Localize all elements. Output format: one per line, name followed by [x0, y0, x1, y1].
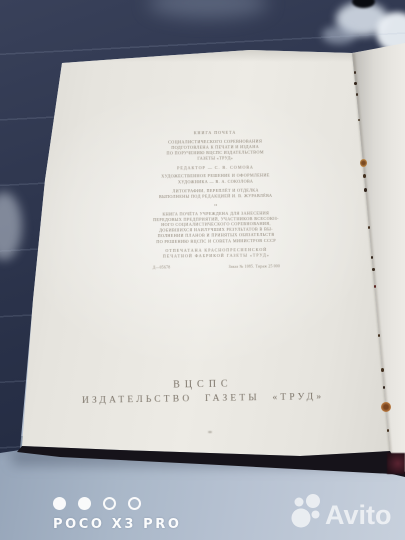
rust-spot	[381, 402, 391, 412]
paper-speck	[208, 431, 212, 433]
cloud-reflection	[0, 192, 22, 260]
camera-watermark: POCO X3 PRO	[53, 497, 181, 532]
rust-spot	[360, 159, 367, 167]
rust-spot	[381, 368, 384, 372]
rust-spot	[354, 82, 357, 85]
dot-outline-icon	[128, 497, 141, 510]
rust-spot	[383, 386, 386, 389]
colophon-design: ХУДОЖЕСТВЕННОЕ РЕШЕНИЕ И ОФОРМЛЕНИЕ ХУДО…	[150, 174, 280, 186]
colophon-printer: ОТПЕЧАТАНА КРАСНОПРЕСНЕНСКОЙ ПЕЧАТНОЙ ФА…	[151, 248, 281, 260]
rust-spot	[371, 256, 374, 259]
colophon-editor: РЕДАКТОР — С. В. СОМОВА	[150, 165, 280, 172]
dark-roof-object	[352, 0, 375, 8]
colophon-separator: II	[151, 203, 281, 209]
rust-spot	[372, 268, 375, 271]
cloud-reflection	[148, 0, 268, 18]
cloud-reflection	[336, 2, 388, 36]
book-listing-photo[interactable]: КНИГА ПОЧЕТА СОЦИАЛИСТИЧЕСКОГО СОРЕВНОВА…	[0, 0, 405, 540]
rust-spot	[356, 93, 358, 96]
colophon-footer-left: Д—05678	[153, 266, 171, 271]
rust-spot	[378, 334, 380, 337]
avito-wordmark: Avito	[325, 500, 392, 530]
rust-spot	[354, 71, 356, 74]
rust-spot	[358, 119, 360, 121]
dot-outline-icon	[103, 497, 116, 510]
dot-filled-icon	[78, 497, 91, 510]
avito-watermark: Avito	[291, 492, 401, 536]
rust-spot	[363, 174, 366, 178]
rust-spot	[364, 188, 367, 192]
rust-spot	[387, 429, 389, 432]
dot-filled-icon	[53, 497, 66, 510]
rust-spot	[374, 285, 377, 288]
colophon-imprint: СОЦИАЛИСТИЧЕСКОГО СОРЕВНОВАНИЯ ПОДГОТОВЛ…	[150, 139, 280, 162]
colophon-text-block: КНИГА ПОЧЕТА СОЦИАЛИСТИЧЕСКОГО СОРЕВНОВА…	[150, 130, 282, 271]
colophon-footer-right: Заказ № 1085. Тираж 25 000	[229, 265, 281, 271]
cloud-reflection	[322, 26, 356, 44]
colophon-description: КНИГА ПОЧЁТА УЧРЕЖДЕНА ДЛЯ ЗАНЕСЕНИЯ ПЕР…	[151, 211, 282, 246]
colophon-production: ЛИТОГРАФИИ, ПЕРЕПЛЁТ И ОТДЕЛКА ВЫПОЛНЕНЫ…	[151, 189, 281, 201]
avito-logo-icon: Avito	[291, 492, 401, 532]
book-cover-corner	[387, 453, 405, 474]
colophon-title: КНИГА ПОЧЕТА	[150, 130, 280, 137]
camera-model-label: POCO X3 PRO	[53, 517, 181, 532]
rust-spot	[368, 226, 370, 229]
camera-dots-icon	[53, 497, 181, 510]
